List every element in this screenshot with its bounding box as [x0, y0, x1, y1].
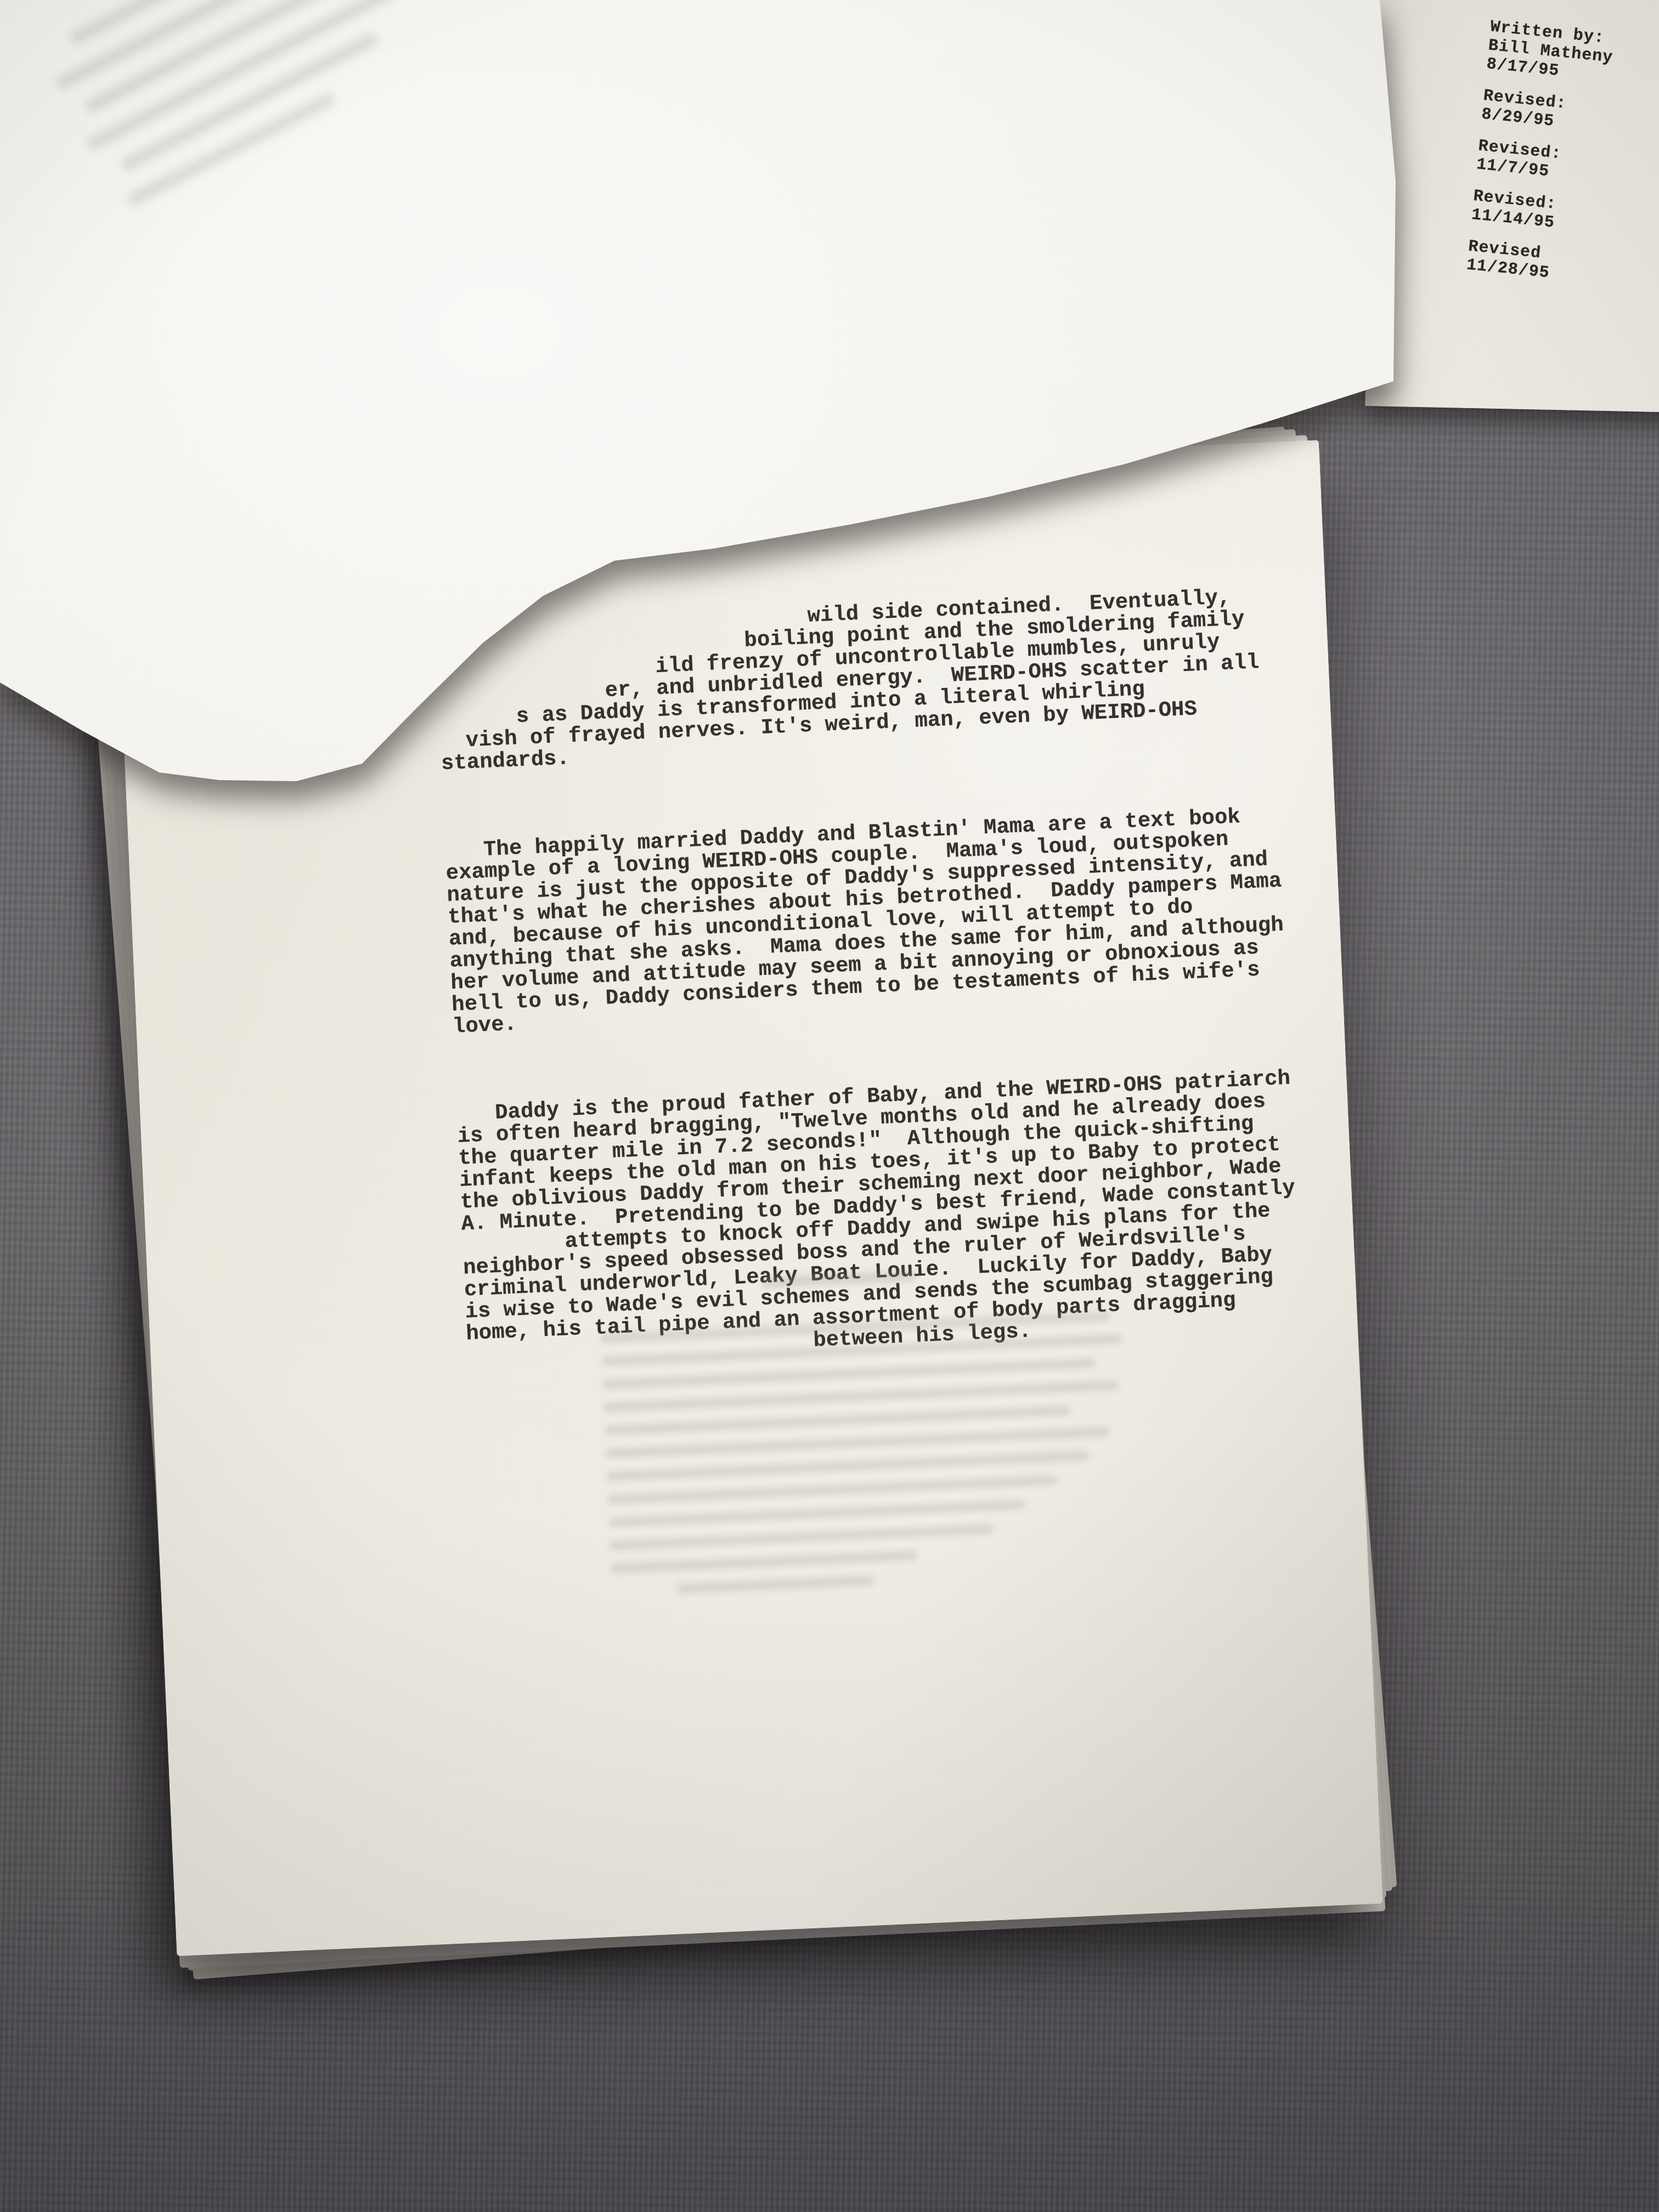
turning-page[interactable]	[0, 0, 1659, 2212]
mirrored-show-through-line	[120, 31, 380, 172]
mirrored-show-through-text	[38, 0, 610, 231]
turning-page-surface	[0, 0, 1659, 2212]
